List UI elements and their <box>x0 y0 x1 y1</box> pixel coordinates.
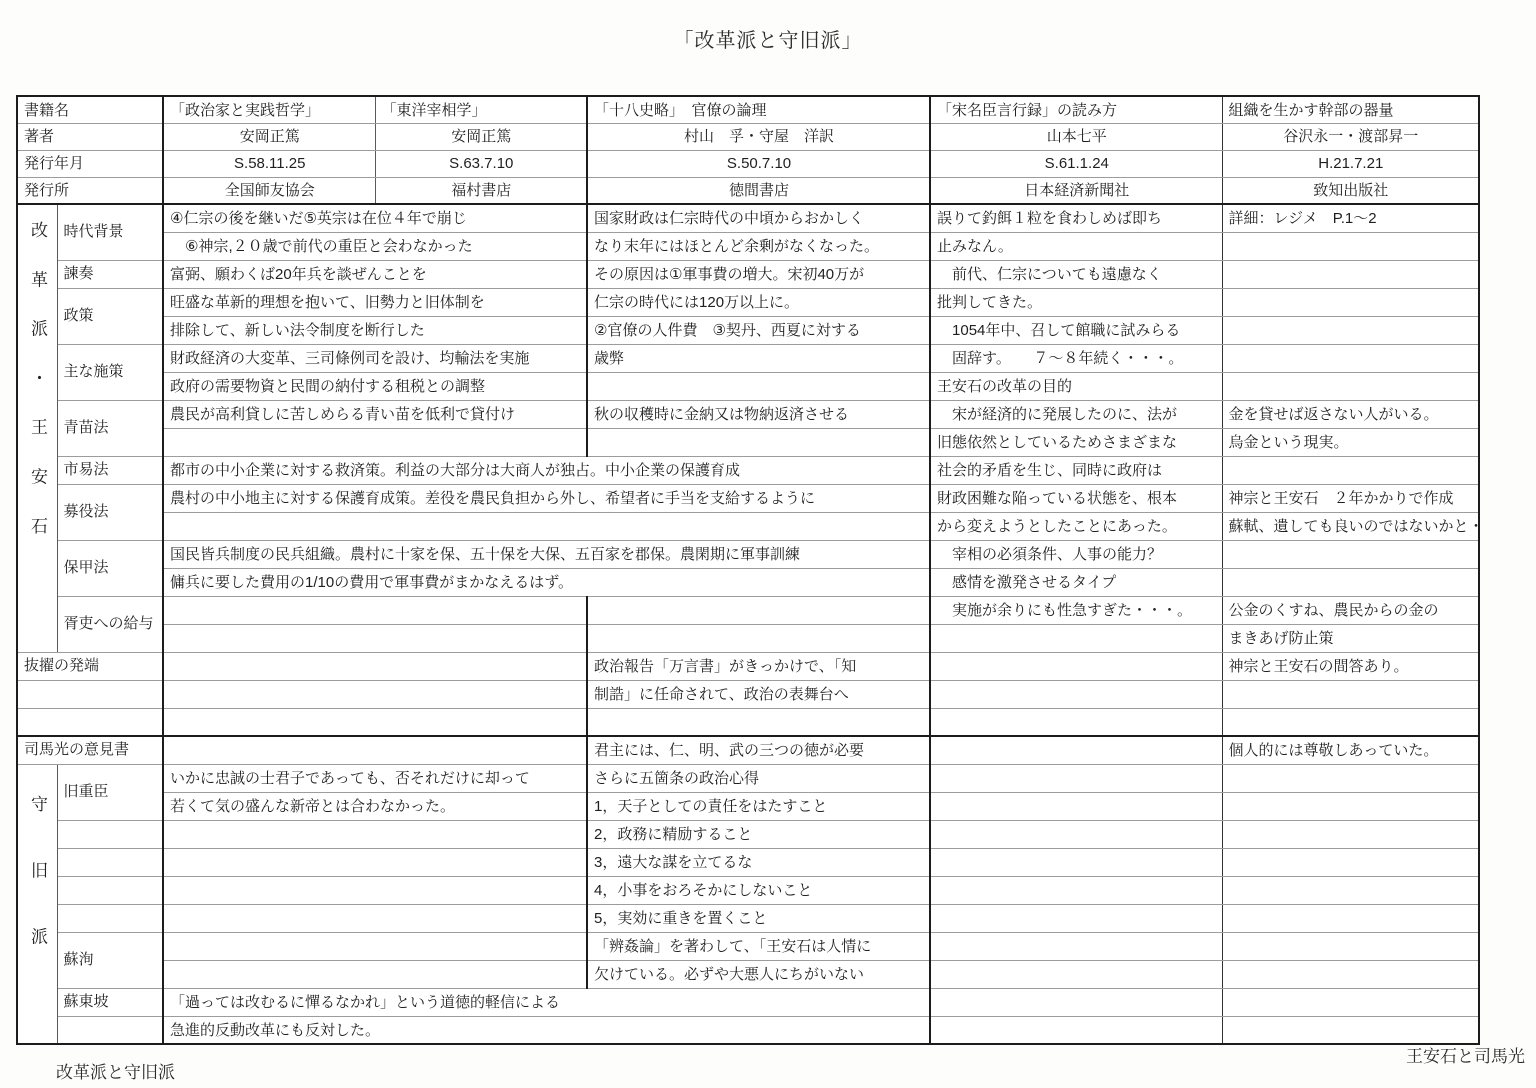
cell: 感情を激発させるタイプ <box>930 568 1222 596</box>
cell: まきあげ防止策 <box>1222 624 1479 652</box>
cell <box>163 960 587 988</box>
cell: 1054年中、召して館職に試みらる <box>930 316 1222 344</box>
cell: 歳弊 <box>587 344 930 372</box>
cell <box>1222 960 1479 988</box>
book-date: S.58.11.25 <box>163 150 375 177</box>
table-row: 欠けている。必ずや大悪人にちがいない <box>17 960 1479 988</box>
book-publisher: 全国師友協会 <box>163 177 375 204</box>
row-label <box>57 848 163 876</box>
row-label <box>57 904 163 932</box>
table-row: 市易法 都市の中小企業に対する救済策。利益の大部分は大商人が独占。中小企業の保護… <box>17 456 1479 484</box>
book-publisher: 徳間書店 <box>587 177 930 204</box>
cell: 傭兵に要した費用の1/10の費用で軍事費がまかなえるはず。 <box>163 568 930 596</box>
cell <box>163 820 587 848</box>
cell: 国家財政は仁宗時代の中頃からおかしく <box>587 204 930 232</box>
cell: 社会的矛盾を生じ、同時に政府は <box>930 456 1222 484</box>
row-label: 募役法 <box>57 484 163 540</box>
cell <box>587 624 930 652</box>
row-label <box>17 680 163 708</box>
cell <box>930 876 1222 904</box>
cell <box>163 652 587 680</box>
header-label: 書籍名 <box>17 96 163 123</box>
row-label: 旧重臣 <box>57 764 163 820</box>
header-row-date: 発行年月 S.58.11.25 S.63.7.10 S.50.7.10 S.61… <box>17 150 1479 177</box>
row-label: 蘇東坡 <box>57 988 163 1016</box>
table-row: 政府の需要物資と民間の納付する租税との調整 王安石の改革の目的 <box>17 372 1479 400</box>
cell <box>1222 568 1479 596</box>
book-date: S.63.7.10 <box>375 150 587 177</box>
cell <box>163 848 587 876</box>
table-row: まきあげ防止策 <box>17 624 1479 652</box>
table-row: 蘇洵 「辨姦論」を著わして、「王安石は人情に <box>17 932 1479 960</box>
cell <box>1222 820 1479 848</box>
cell: 4，小事をおろそかにしないこと <box>587 876 930 904</box>
row-label: 青苗法 <box>57 400 163 456</box>
cell <box>1222 372 1479 400</box>
cell <box>163 904 587 932</box>
cell: 金を貸せば返さない人がいる。 <box>1222 400 1479 428</box>
book-author: 安岡正篤 <box>163 123 375 150</box>
cell: 「過っては改むるに憚るなかれ」という道徳的軽信による <box>163 988 930 1016</box>
cell: なり末年にはほとんど余剰がなくなった。 <box>587 232 930 260</box>
table-row: 排除して、新しい法令制度を断行した ②官僚の人件費 ③契丹、西夏に対する 105… <box>17 316 1479 344</box>
cell <box>1222 288 1479 316</box>
cell <box>1222 932 1479 960</box>
cell: 若くて気の盛んな新帝とは合わなかった。 <box>163 792 587 820</box>
cell: 急進的反動改革にも反対した。 <box>163 1016 930 1044</box>
row-label: 諫奏 <box>57 260 163 288</box>
table-row: 2，政務に精励すること <box>17 820 1479 848</box>
cell <box>1222 316 1479 344</box>
cell <box>930 624 1222 652</box>
header-label: 著者 <box>17 123 163 150</box>
cell <box>1222 904 1479 932</box>
table-row: 改革派・王安石 時代背景 ④仁宗の後を継いだ⑤英宗は在位４年で崩じ 国家財政は仁… <box>17 204 1479 232</box>
cell: 政府の需要物資と民間の納付する租税との調整 <box>163 372 587 400</box>
header-label: 発行所 <box>17 177 163 204</box>
cell: 3，遠大な謀を立てるな <box>587 848 930 876</box>
cell: 公金のくすね、農民からの金の <box>1222 596 1479 624</box>
table-row: 司馬光の意見書 君主には、仁、明、武の三つの徳が必要 個人的には尊敬しあっていた… <box>17 736 1479 764</box>
cell <box>587 372 930 400</box>
row-label: 蘇洵 <box>57 932 163 988</box>
cell: 神宗と王安石 ２年かかりで作成 <box>1222 484 1479 512</box>
cell <box>930 680 1222 708</box>
header-row-author: 著者 安岡正篤 安岡正篤 村山 孚・守屋 洋訳 山本七平 谷沢永一・渡部昇一 <box>17 123 1479 150</box>
cell: 旧態依然としているためさまざまな <box>930 428 1222 456</box>
cell <box>163 428 587 456</box>
cell: 制誥」に任命されて、政治の表舞台へ <box>587 680 930 708</box>
cell <box>1222 540 1479 568</box>
table-row: 政策 旺盛な革新的理想を抱いて、旧勢力と旧体制を 仁宗の時代には120万以上に。… <box>17 288 1479 316</box>
header-label: 発行年月 <box>17 150 163 177</box>
cell: 実施が余りにも性急すぎた・・・。 <box>930 596 1222 624</box>
cell: 1，天子としての責任をはたすこと <box>587 792 930 820</box>
book-date: S.61.1.24 <box>930 150 1222 177</box>
cell: 蘇軾、遺しても良いのではないかと・ <box>1222 512 1479 540</box>
cell <box>930 988 1222 1016</box>
cell <box>930 820 1222 848</box>
cell: 2，政務に精励すること <box>587 820 930 848</box>
section-label-text: 改革派・王安石 <box>27 221 47 566</box>
cell <box>930 1016 1222 1044</box>
table-row: 旧態依然としているためさまざまな 烏金という現実。 <box>17 428 1479 456</box>
row-label <box>17 708 163 736</box>
book-author: 安岡正篤 <box>375 123 587 150</box>
cell: 秋の収穫時に金納又は物納返済させる <box>587 400 930 428</box>
book-title: 「東洋宰相学」 <box>375 96 587 123</box>
book-date: H.21.7.21 <box>1222 150 1479 177</box>
cell: ②官僚の人件費 ③契丹、西夏に対する <box>587 316 930 344</box>
cell: その原因は①軍事費の増大。宋初40万が <box>587 260 930 288</box>
section-label-text: 守旧派 <box>27 795 47 994</box>
table-row: 青苗法 農民が高利貸しに苦しめらる青い苗を低利で貸付け 秋の収穫時に金納又は物納… <box>17 400 1479 428</box>
cell <box>1222 456 1479 484</box>
cell <box>587 708 930 736</box>
book-publisher: 致知出版社 <box>1222 177 1479 204</box>
cell: 王安石の改革の目的 <box>930 372 1222 400</box>
cell: 仁宗の時代には120万以上に。 <box>587 288 930 316</box>
cell: 個人的には尊敬しあっていた。 <box>1222 736 1479 764</box>
row-label: 政策 <box>57 288 163 344</box>
cell <box>1222 876 1479 904</box>
footer-note-left: 改革派と守旧派 <box>56 1058 175 1083</box>
cell: 宰相の必須条件、人事の能力？ <box>930 540 1222 568</box>
cell: 誤りて釣餌１粒を食わしめば即ち <box>930 204 1222 232</box>
table-row: から変えようとしたことにあった。 蘇軾、遺しても良いのではないかと・ <box>17 512 1479 540</box>
page-title: 「改革派と守旧派」 <box>0 24 1536 53</box>
row-label: 市易法 <box>57 456 163 484</box>
book-title: 「十八史略」 官僚の論理 <box>587 96 930 123</box>
table-row: 傭兵に要した費用の1/10の費用で軍事費がまかなえるはず。 感情を激発させるタイ… <box>17 568 1479 596</box>
book-publisher: 日本経済新聞社 <box>930 177 1222 204</box>
table-row: 募役法 農村の中小地主に対する保護育成策。差役を農民負担から外し、希望者に手当を… <box>17 484 1479 512</box>
cell: 都市の中小企業に対する救済策。利益の大部分は大商人が独占。中小企業の保護育成 <box>163 456 930 484</box>
row-label: 胥吏への給与 <box>57 596 163 652</box>
cell <box>163 736 587 764</box>
cell <box>930 652 1222 680</box>
cell <box>163 876 587 904</box>
row-label <box>57 820 163 848</box>
cell <box>930 708 1222 736</box>
row-label: 保甲法 <box>57 540 163 596</box>
cell <box>163 596 587 624</box>
cell <box>1222 792 1479 820</box>
cell: 烏金という現実。 <box>1222 428 1479 456</box>
cell <box>930 848 1222 876</box>
cell <box>930 736 1222 764</box>
book-date: S.50.7.10 <box>587 150 930 177</box>
row-label: 抜擢の発端 <box>17 652 163 680</box>
book-title: 組織を生かす幹部の器量 <box>1222 96 1479 123</box>
table-row: 保甲法 国民皆兵制度の民兵組織。農村に十家を保、五十保を大保、五百家を郡保。農閑… <box>17 540 1479 568</box>
table-row: 若くて気の盛んな新帝とは合わなかった。 1，天子としての責任をはたすこと <box>17 792 1479 820</box>
cell <box>1222 344 1479 372</box>
cell: 財政経済の大変革、三司條例司を設け、均輸法を実施 <box>163 344 587 372</box>
cell: 旺盛な革新的理想を抱いて、旧勢力と旧体制を <box>163 288 587 316</box>
cell: 神宗と王安石の間答あり。 <box>1222 652 1479 680</box>
table-row: 諫奏 富弼、願わくば20年兵を談ぜんことを その原因は①軍事費の増大。宋初40万… <box>17 260 1479 288</box>
table-row: 急進的反動改革にも反対した。 <box>17 1016 1479 1044</box>
cell <box>163 512 930 540</box>
table-row: 5，実効に重きを置くこと <box>17 904 1479 932</box>
cell: から変えようとしたことにあった。 <box>930 512 1222 540</box>
table-row <box>17 708 1479 736</box>
cell: 農民が高利貸しに苦しめらる青い苗を低利で貸付け <box>163 400 587 428</box>
row-label <box>57 1016 163 1044</box>
table-row: 蘇東坡 「過っては改むるに憚るなかれ」という道徳的軽信による <box>17 988 1479 1016</box>
footer-note-right: 王安石と司馬光 <box>1406 1042 1525 1067</box>
header-row-book-name: 書籍名 「政治家と実践哲学」 「東洋宰相学」 「十八史略」 官僚の論理 「宋名臣… <box>17 96 1479 123</box>
cell <box>930 764 1222 792</box>
cell: 詳細：レジメ P.1～2 <box>1222 204 1479 232</box>
cell: 国民皆兵制度の民兵組織。農村に十家を保、五十保を大保、五百家を郡保。農閑期に軍事… <box>163 540 930 568</box>
cell <box>930 960 1222 988</box>
header-row-publisher: 発行所 全国師友協会 福村書店 徳間書店 日本経済新聞社 致知出版社 <box>17 177 1479 204</box>
cell: さらに五箇条の政治心得 <box>587 764 930 792</box>
table-row: 守旧派 旧重臣 いかに忠誠の士君子であっても、否それだけに却って さらに五箇条の… <box>17 764 1479 792</box>
book-author: 村山 孚・守屋 洋訳 <box>587 123 930 150</box>
cell: 「辨姦論」を著わして、「王安石は人情に <box>587 932 930 960</box>
cell <box>1222 708 1479 736</box>
table-row: 主な施策 財政経済の大変革、三司條例司を設け、均輸法を実施 歳弊 固辞す。 ７～… <box>17 344 1479 372</box>
cell <box>1222 1016 1479 1044</box>
book-author: 谷沢永一・渡部昇一 <box>1222 123 1479 150</box>
cell: ⑥神宗,２０歳で前代の重臣と会わなかった <box>163 232 587 260</box>
cell <box>1222 260 1479 288</box>
cell <box>1222 988 1479 1016</box>
cell <box>930 904 1222 932</box>
book-author: 山本七平 <box>930 123 1222 150</box>
cell: ④仁宗の後を継いだ⑤英宗は在位４年で崩じ <box>163 204 587 232</box>
cell: 止みなん。 <box>930 232 1222 260</box>
table-row: 抜擢の発端 政治報告「万言書」がきっかけで、「知 神宗と王安石の間答あり。 <box>17 652 1479 680</box>
cell <box>1222 232 1479 260</box>
cell: 前代、仁宗についても遠慮なく <box>930 260 1222 288</box>
cell: 財政困難な陥っている状態を、根本 <box>930 484 1222 512</box>
book-title: 「宋名臣言行録」の読み方 <box>930 96 1222 123</box>
cell <box>587 428 930 456</box>
cell: 排除して、新しい法令制度を断行した <box>163 316 587 344</box>
row-label: 時代背景 <box>57 204 163 260</box>
cell <box>930 932 1222 960</box>
cell: 批判してきた。 <box>930 288 1222 316</box>
cell <box>163 624 587 652</box>
row-label: 主な施策 <box>57 344 163 400</box>
cell: 欠けている。必ずや大悪人にちがいない <box>587 960 930 988</box>
cell <box>930 792 1222 820</box>
cell: 固辞す。 ７～８年続く・・・。 <box>930 344 1222 372</box>
table-row: 胥吏への給与 実施が余りにも性急すぎた・・・。 公金のくすね、農民からの金の <box>17 596 1479 624</box>
cell <box>1222 680 1479 708</box>
book-publisher: 福村書店 <box>375 177 587 204</box>
table-row: 3，遠大な謀を立てるな <box>17 848 1479 876</box>
cell: 5，実効に重きを置くこと <box>587 904 930 932</box>
cell: 宋が経済的に発展したのに、法が <box>930 400 1222 428</box>
table-row: ⑥神宗,２０歳で前代の重臣と会わなかった なり末年にはほとんど余剰がなくなった。… <box>17 232 1479 260</box>
cell: 政治報告「万言書」がきっかけで、「知 <box>587 652 930 680</box>
cell <box>163 932 587 960</box>
cell: いかに忠誠の士君子であっても、否それだけに却って <box>163 764 587 792</box>
cell <box>587 596 930 624</box>
cell <box>1222 848 1479 876</box>
row-label-shibakou: 司馬光の意見書 <box>17 736 163 764</box>
section-label-conservative: 守旧派 <box>17 764 57 1044</box>
book-title: 「政治家と実践哲学」 <box>163 96 375 123</box>
table-row: 制誥」に任命されて、政治の表舞台へ <box>17 680 1479 708</box>
row-label <box>57 876 163 904</box>
cell: 農村の中小地主に対する保護育成策。差役を農民負担から外し、希望者に手当を支給する… <box>163 484 930 512</box>
cell <box>163 708 587 736</box>
cell <box>1222 764 1479 792</box>
cell: 君主には、仁、明、武の三つの徳が必要 <box>587 736 930 764</box>
section-label-reform: 改革派・王安石 <box>17 204 57 652</box>
cell: 富弼、願わくば20年兵を談ぜんことを <box>163 260 587 288</box>
table-row: 4，小事をおろそかにしないこと <box>17 876 1479 904</box>
comparison-table: 書籍名 「政治家と実践哲学」 「東洋宰相学」 「十八史略」 官僚の論理 「宋名臣… <box>16 95 1480 1045</box>
cell <box>163 680 587 708</box>
